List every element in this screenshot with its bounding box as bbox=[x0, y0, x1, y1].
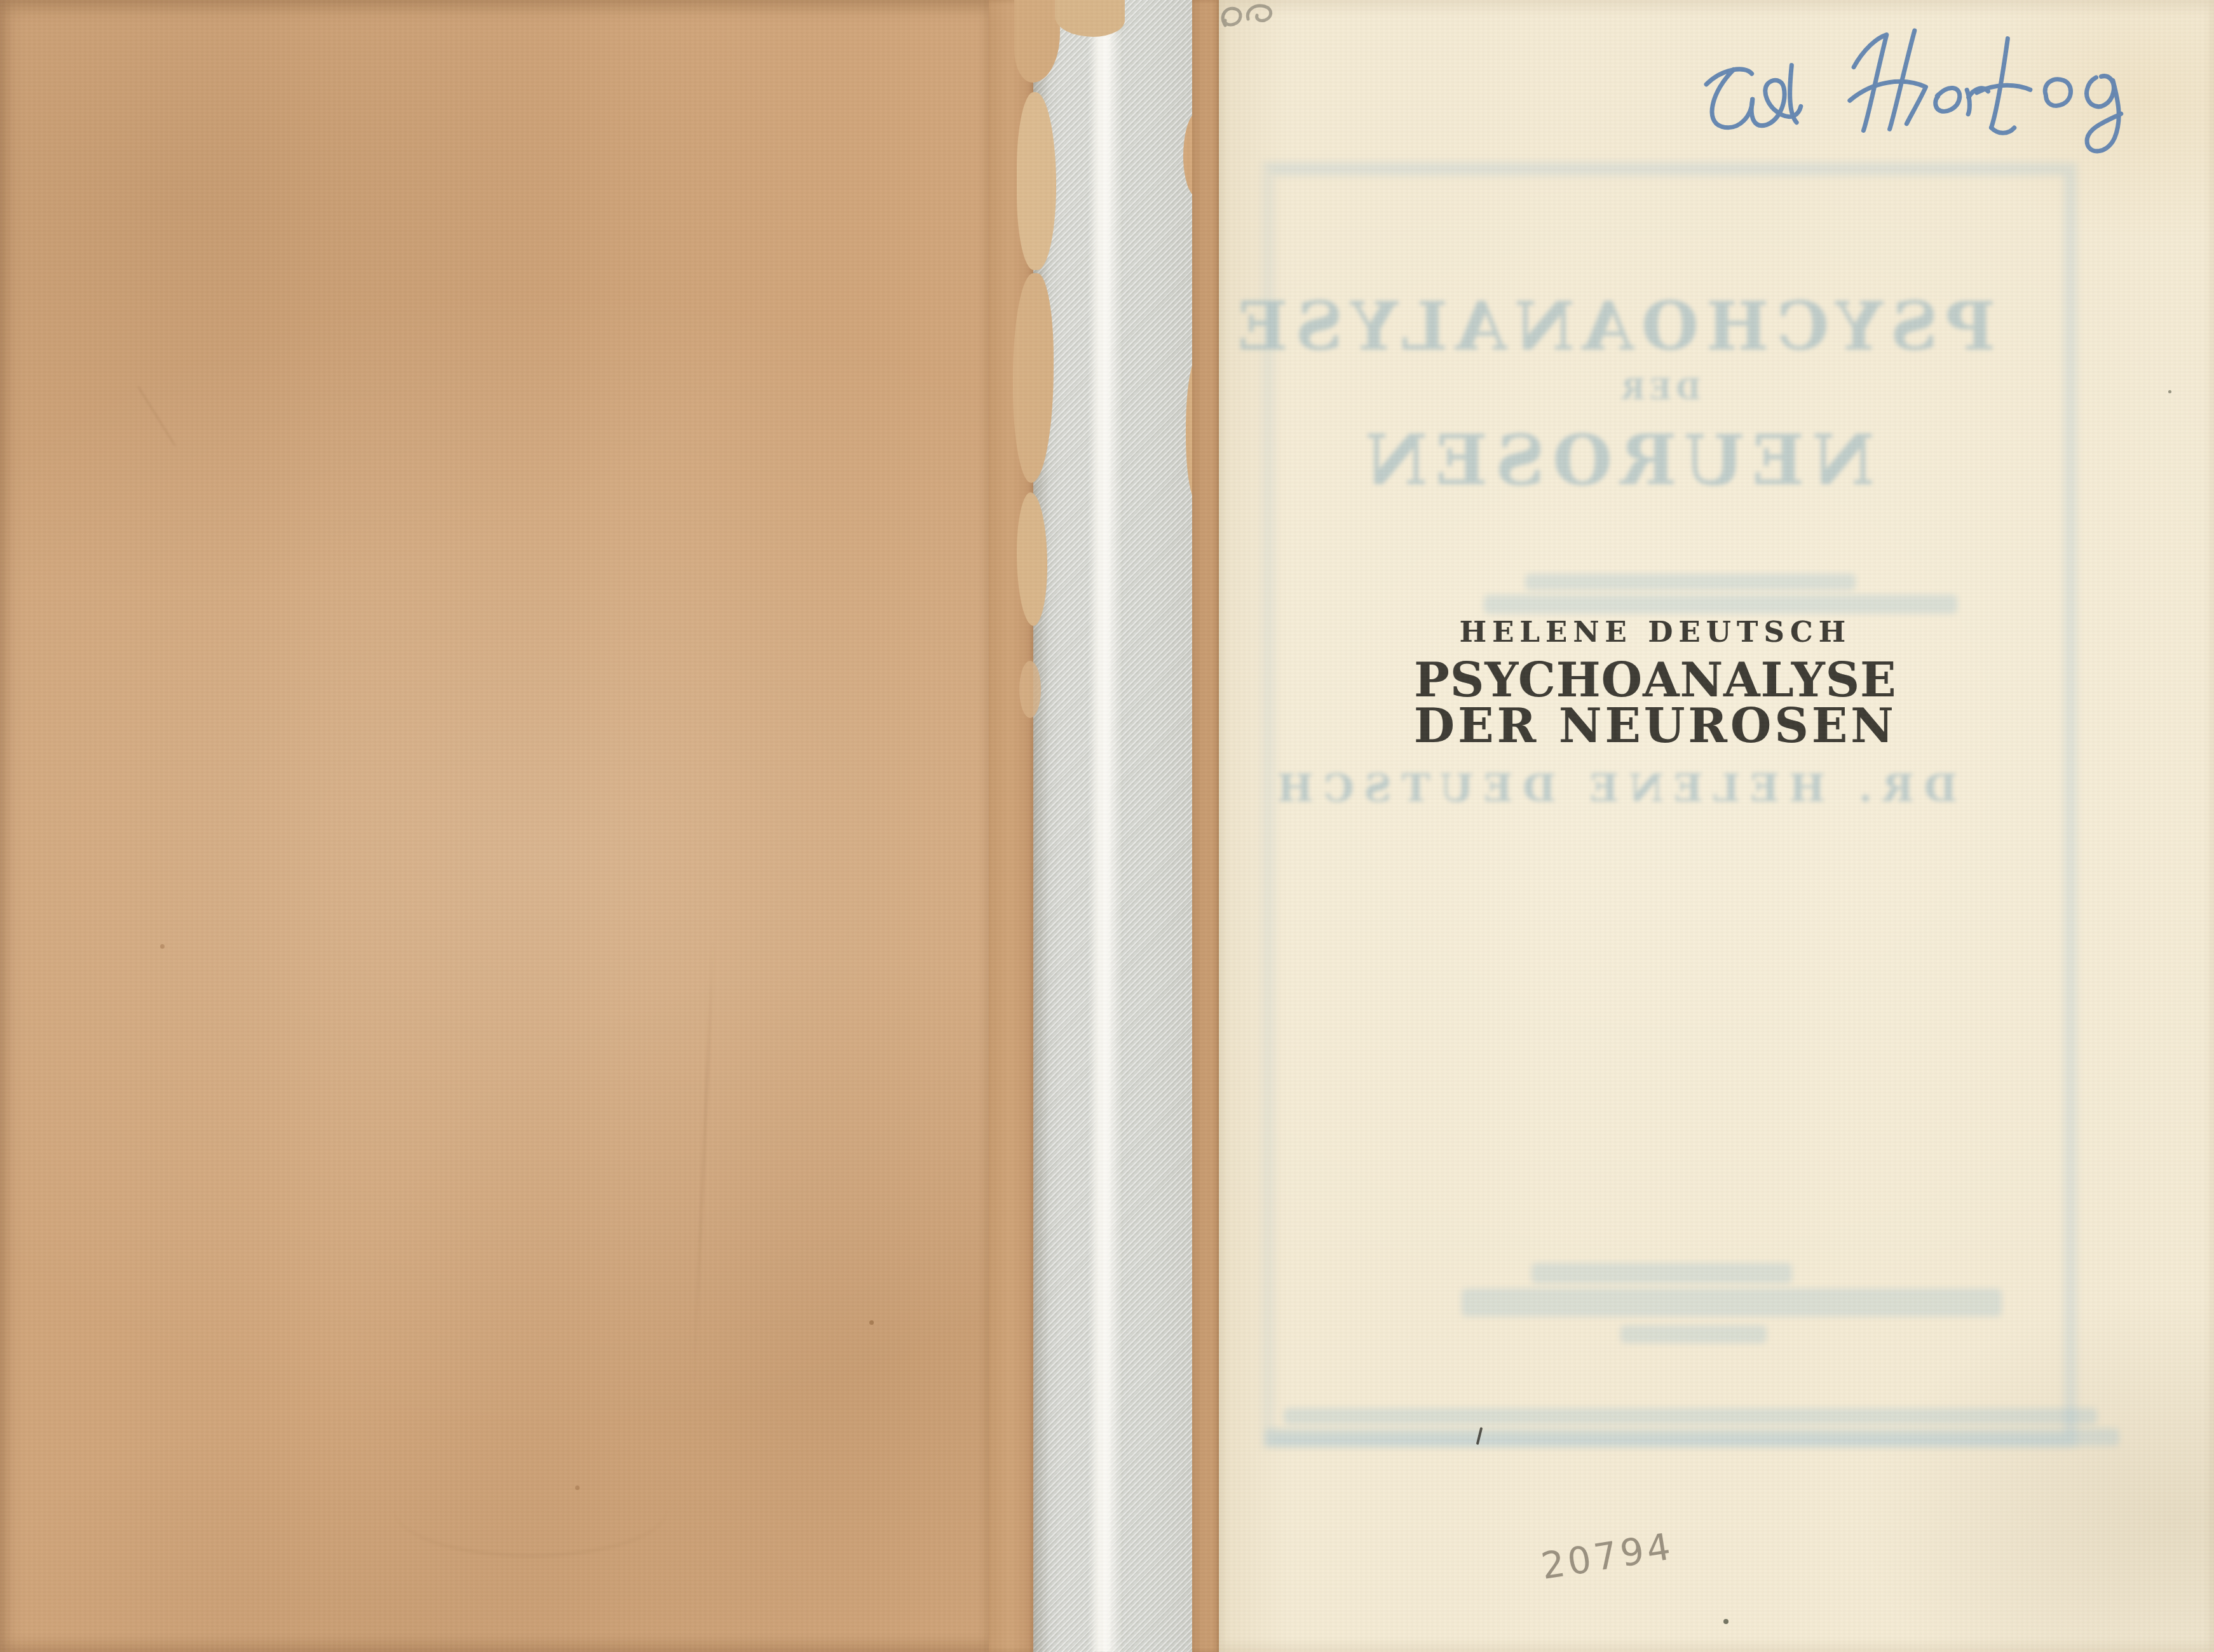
book-title-line2: DER NEUROSEN bbox=[1271, 699, 2040, 754]
ghost-bottom-rule bbox=[1265, 1428, 2119, 1446]
book-scan: PSYCHOANALYSE DER NEUROSEN DR. HELENE DE… bbox=[0, 0, 2214, 1652]
ghost-smudge bbox=[1620, 1325, 1767, 1343]
ghost-smudge bbox=[1531, 1263, 1792, 1283]
torn-paper-remnant bbox=[1019, 661, 1041, 718]
ghost-title-line2: DER bbox=[1570, 374, 1748, 406]
ghost-title-line3: NEUROSEN bbox=[1443, 421, 1875, 501]
owner-signature bbox=[1684, 4, 2189, 180]
tan-paper-strip bbox=[1192, 0, 1220, 1652]
paper-crease bbox=[693, 940, 715, 1385]
paper-fleck bbox=[160, 944, 165, 949]
paper-fleck bbox=[575, 1486, 580, 1490]
ghost-author-line: DR. HELENE DEUTSCH bbox=[1341, 766, 1957, 811]
ghost-bottom-rule bbox=[1284, 1408, 2097, 1425]
ink-speck bbox=[2168, 390, 2171, 393]
signature-strokes bbox=[1704, 20, 2123, 172]
pencil-scribble bbox=[1215, 0, 1298, 39]
paper-crease bbox=[394, 1461, 667, 1557]
ink-speck bbox=[1723, 1619, 1728, 1624]
spine-fold-highlight bbox=[1088, 0, 1122, 1652]
ghost-smudge bbox=[1462, 1289, 2002, 1317]
ghost-smudge bbox=[1484, 595, 1957, 614]
ghost-title-line1: PSYCHOANALYSE bbox=[1315, 287, 1995, 365]
left-flyleaf-page bbox=[0, 0, 991, 1652]
paper-crease bbox=[137, 386, 176, 447]
author-name: HELENE DEUTSCH bbox=[1271, 615, 2040, 649]
ghost-smudge bbox=[1525, 574, 1856, 590]
paper-fleck bbox=[869, 1320, 874, 1325]
